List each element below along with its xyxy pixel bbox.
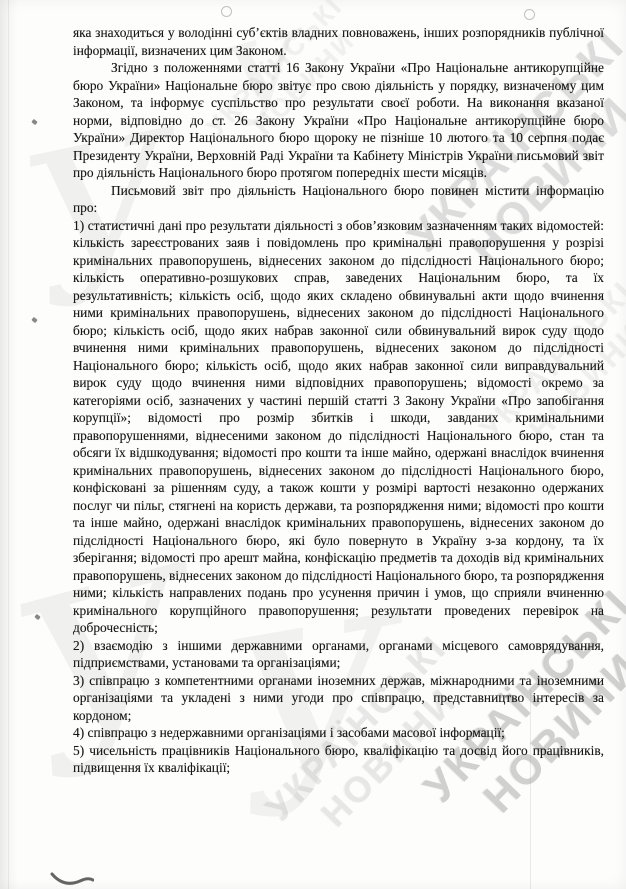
list-item-3: 3) співпрацю з компетентними органами ін…	[73, 672, 604, 725]
watermark-circle-icon	[221, 6, 232, 17]
document-text: яка знаходиться у володінні суб’єктів вл…	[73, 24, 604, 777]
list-item-4: 4) співпрацю з недержавними організаціям…	[73, 724, 604, 742]
paragraph: Згідно з положеннями статті 16 Закону Ук…	[73, 59, 604, 182]
scan-edge-shadow	[0, 0, 18, 889]
paragraph-continuation: яка знаходиться у володінні суб’єктів вл…	[73, 24, 604, 59]
document-page: У У У У УКРАЇНСЬКІ НОВИНИ УКРАЇНСЬКІ НОВ…	[0, 0, 626, 889]
watermark-circle-icon	[524, 9, 535, 20]
scan-speck	[31, 119, 37, 125]
list-item-2: 2) взаємодію з іншими державними органам…	[73, 637, 604, 672]
scan-speck	[31, 317, 37, 323]
scan-speck	[34, 614, 40, 620]
list-item-5: 5) чисельність працівників Національного…	[73, 742, 604, 777]
scan-crease-line	[8, 0, 9, 889]
paragraph: Письмовий звіт про діяльність Національн…	[73, 182, 604, 217]
list-item-1: 1) статистичні дані про результати діяль…	[73, 217, 604, 637]
ink-mark	[50, 872, 94, 888]
